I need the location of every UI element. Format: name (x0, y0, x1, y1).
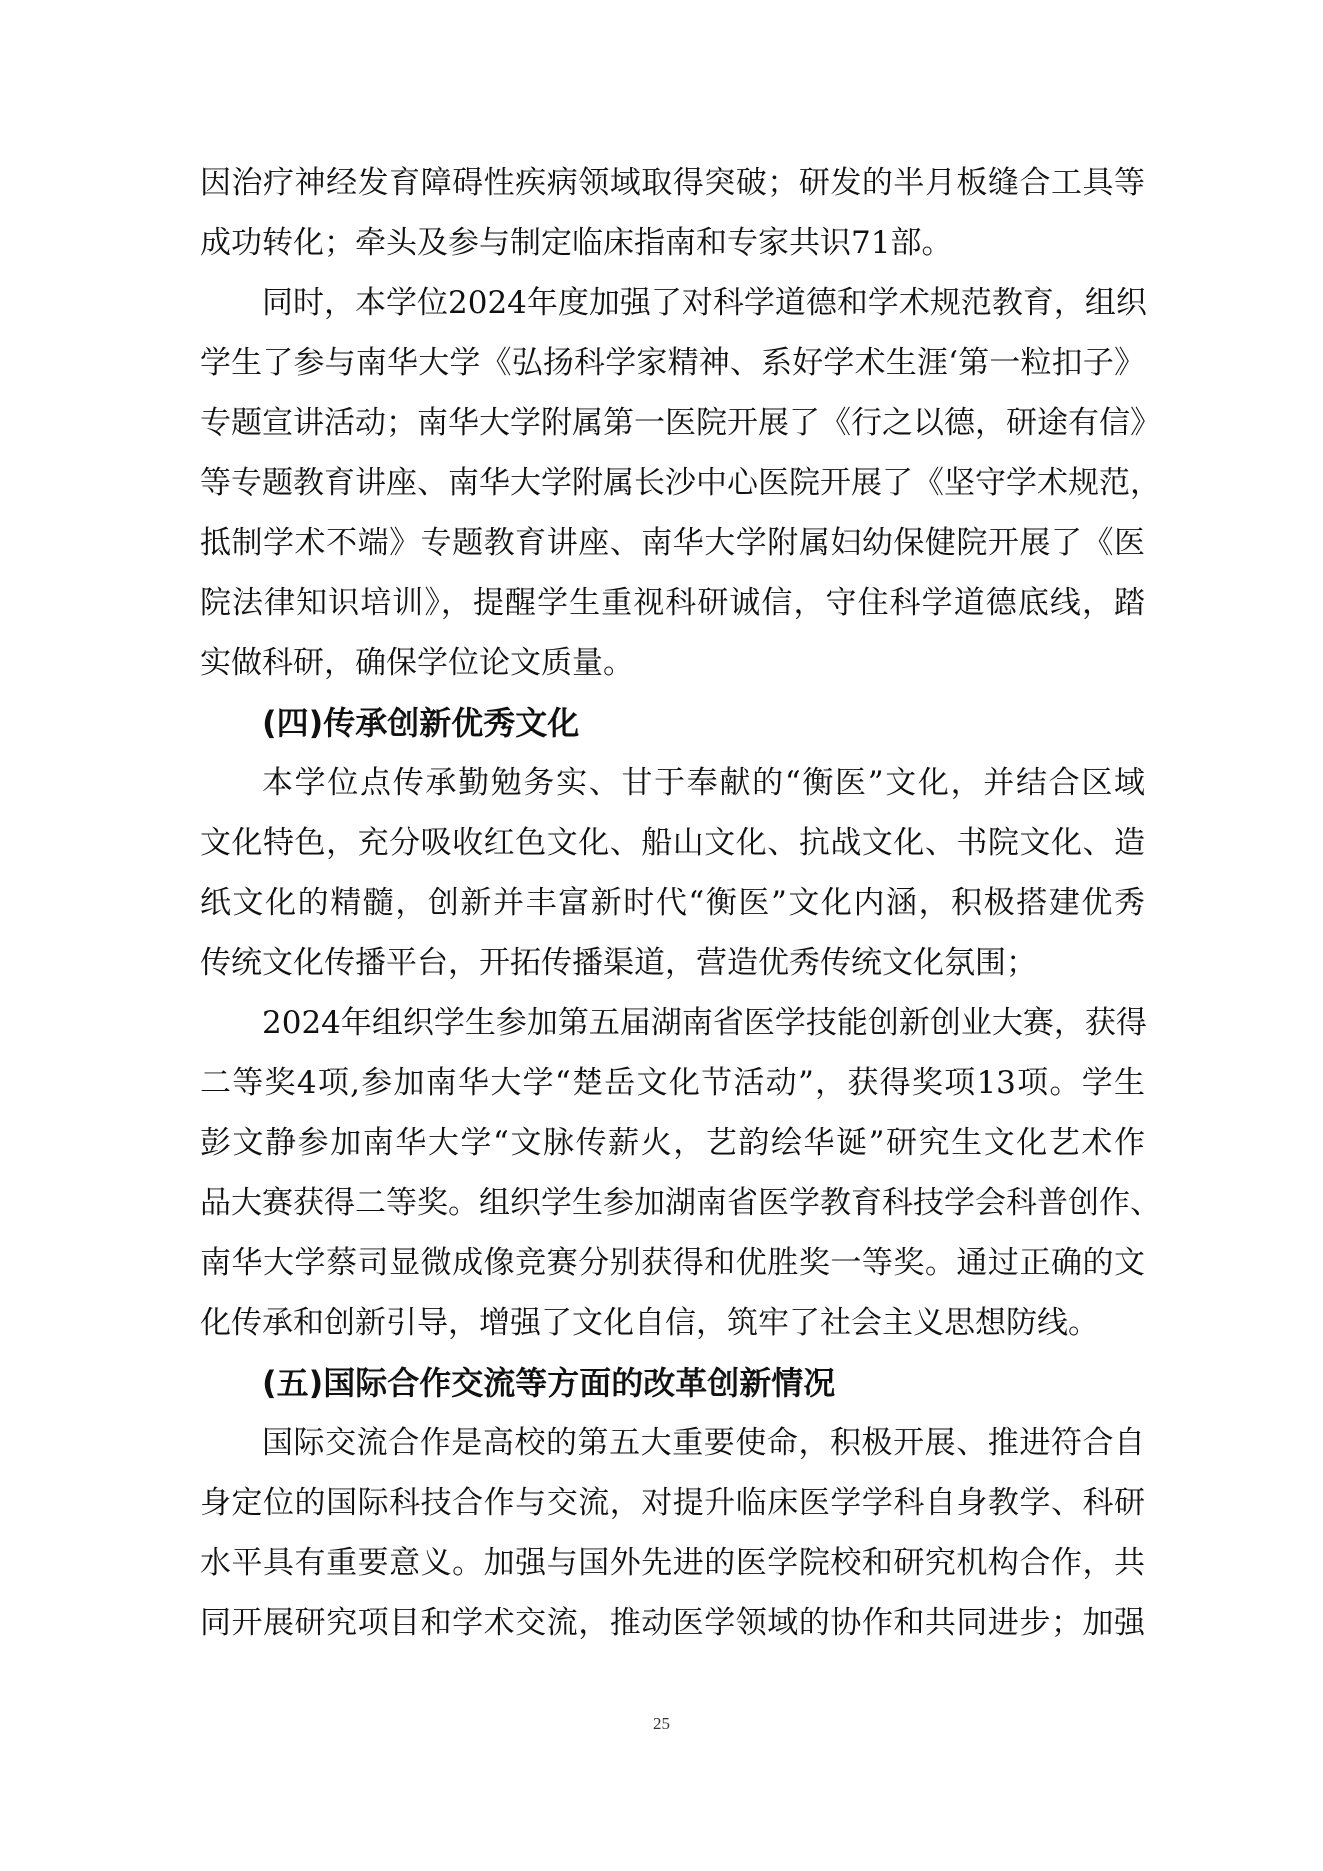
document-page: 因治疗神经发育障碍性疾病领域取得突破；研发的半月板缝合工具等 成功转化；牵头及参… (0, 0, 1323, 1871)
section-heading-4: (四)传承创新优秀文化 (262, 701, 579, 745)
body-text-line: 水平具有重要意义。加强与国外先进的医学院校和研究机构合作，共 (200, 1541, 1145, 1585)
page-number: 25 (0, 1714, 1323, 1734)
body-text-line: 同时，本学位2024年度加强了对科学道德和学术规范教育，组织 (262, 281, 1145, 325)
body-text-line: 彭文静参加南华大学“文脉传薪火，艺韵绘华诞”研究生文化艺术作 (200, 1121, 1145, 1165)
section-heading-5: (五)国际合作交流等方面的改革创新情况 (262, 1361, 835, 1405)
body-text-line: 因治疗神经发育障碍性疾病领域取得突破；研发的半月板缝合工具等 (200, 161, 1145, 205)
body-text-line: 专题宣讲活动；南华大学附属第一医院开展了《行之以德，研途有信》 (200, 401, 1145, 445)
body-text-line: 传统文化传播平台，开拓传播渠道，营造优秀传统文化氛围； (200, 941, 1145, 985)
body-text-line: 学生了参与南华大学《弘扬科学家精神、系好学术生涯‘第一粒扣子》 (200, 341, 1145, 385)
body-text-line: 化传承和创新引导，增强了文化自信，筑牢了社会主义思想防线。 (200, 1301, 1145, 1345)
body-text-line: 纸文化的精髓，创新并丰富新时代“衡医”文化内涵，积极搭建优秀 (200, 881, 1145, 925)
body-text-line: 身定位的国际科技合作与交流，对提升临床医学学科自身教学、科研 (200, 1481, 1145, 1525)
body-text-line: 本学位点传承勤勉务实、甘于奉献的“衡医”文化，并结合区域 (262, 761, 1145, 805)
body-text-line: 实做科研，确保学位论文质量。 (200, 641, 1145, 685)
body-text-line: 2024年组织学生参加第五届湖南省医学技能创新创业大赛，获得 (262, 1001, 1145, 1045)
body-text-line: 抵制学术不端》专题教育讲座、南华大学附属妇幼保健院开展了《医 (200, 521, 1145, 565)
body-text-line: 国际交流合作是高校的第五大重要使命，积极开展、推进符合自 (262, 1421, 1145, 1465)
body-text-line: 南华大学蔡司显微成像竞赛分别获得和优胜奖一等奖。通过正确的文 (200, 1241, 1145, 1285)
body-text-line: 同开展研究项目和学术交流，推动医学领域的协作和共同进步；加强 (200, 1601, 1145, 1645)
body-text-line: 二等奖4项,参加南华大学“楚岳文化节活动”，获得奖项13项。学生 (200, 1061, 1145, 1105)
body-text-line: 品大赛获得二等奖。组织学生参加湖南省医学教育科技学会科普创作、 (200, 1181, 1145, 1225)
body-text-line: 等专题教育讲座、南华大学附属长沙中心医院开展了《坚守学术规范， (200, 461, 1145, 505)
body-text-line: 文化特色，充分吸收红色文化、船山文化、抗战文化、书院文化、造 (200, 821, 1145, 865)
body-text-line: 成功转化；牵头及参与制定临床指南和专家共识71部。 (200, 221, 1145, 265)
body-text-line: 院法律知识培训》，提醒学生重视科研诚信，守住科学道德底线，踏 (200, 581, 1145, 625)
